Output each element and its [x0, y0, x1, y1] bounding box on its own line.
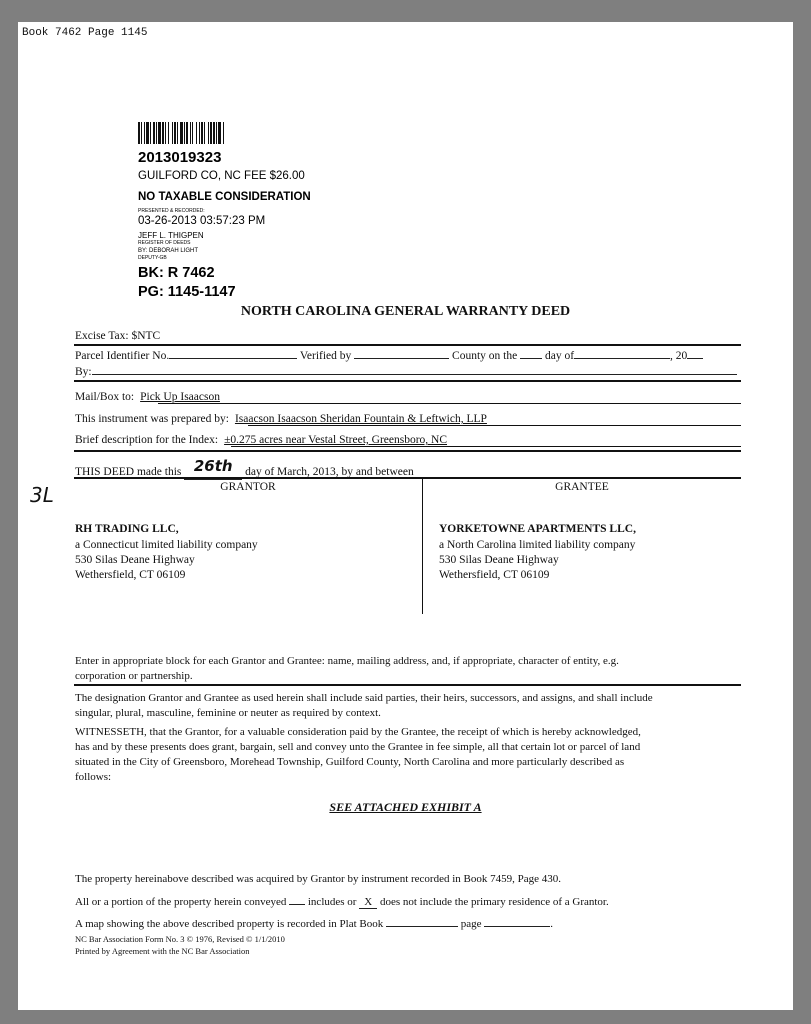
plat-book-field[interactable]: [386, 916, 458, 927]
page-range: PG: 1145-1147: [138, 284, 236, 300]
verified-label: Verified by: [300, 350, 351, 362]
margin-note: 3L: [30, 483, 54, 507]
deputy-by: BY: DEBORAH LIGHT: [138, 248, 198, 254]
deed-day-handwritten: 26th: [194, 457, 233, 475]
witnesseth-line1: WITNESSETH, that the Grantor, for a valu…: [75, 726, 641, 738]
residence-includes: includes or: [308, 896, 357, 908]
year-field[interactable]: [687, 348, 703, 359]
verified-field[interactable]: [354, 348, 449, 359]
mail-line: Mail/Box to:Pick Up Isaacson: [75, 391, 220, 403]
exhibit-reference: SEE ATTACHED EXHIBIT A: [18, 800, 793, 815]
instructions-line2: corporation or partnership.: [75, 670, 193, 682]
underline: [231, 446, 741, 447]
witnesseth-line3: situated in the City of Greensboro, More…: [75, 756, 624, 768]
year-prefix: , 20: [670, 350, 687, 362]
brief-label: Brief description for the Index:: [75, 434, 218, 446]
divider: [74, 477, 741, 479]
grantee-address1: 530 Silas Deane Highway: [439, 554, 559, 566]
instructions-line1: Enter in appropriate block for each Gran…: [75, 655, 619, 667]
grantor-entity: a Connecticut limited liability company: [75, 539, 258, 551]
grantee-heading: GRANTEE: [423, 481, 741, 493]
deputy-title: DEPUTY-GB: [138, 255, 167, 261]
county-label: County on the: [452, 350, 517, 362]
divider: [74, 344, 741, 346]
book-page-header: Book 7462 Page 1145: [22, 27, 147, 39]
column-divider: [422, 479, 423, 614]
divider: [74, 450, 741, 452]
book-number: BK: R 7462: [138, 265, 215, 281]
plat-page-label: page: [461, 918, 482, 930]
divider: [74, 684, 741, 686]
residence-prefix: All or a portion of the property herein …: [75, 896, 286, 908]
does-not-include-checkbox[interactable]: X: [359, 896, 377, 909]
grantor-address2: Wethersfield, CT 06109: [75, 569, 185, 581]
grantor-heading: GRANTOR: [74, 481, 422, 493]
parcel-label: Parcel Identifier No.: [75, 350, 169, 362]
register-title: REGISTER OF DEEDS: [138, 240, 191, 246]
excise-tax: Excise Tax: $NTC: [75, 330, 160, 342]
deed-title: NORTH CAROLINA GENERAL WARRANTY DEED: [18, 304, 793, 320]
by-line: By:: [75, 364, 737, 378]
residence-line: All or a portion of the property herein …: [75, 894, 609, 909]
day-of-label: day of: [545, 350, 574, 362]
prepared-line: This instrument was prepared by:Isaacson…: [75, 413, 487, 425]
consideration: NO TAXABLE CONSIDERATION: [138, 191, 311, 203]
witnesseth-line2: has and by these presents does grant, ba…: [75, 741, 640, 753]
instrument-number: 2013019323: [138, 149, 221, 166]
mail-value: Pick Up Isaacson: [134, 391, 220, 403]
underline: [158, 403, 741, 404]
fee-line: GUILFORD CO, NC FEE $26.00: [138, 170, 305, 182]
witnesseth-line4: follows:: [75, 771, 111, 783]
prepared-label: This instrument was prepared by:: [75, 413, 229, 425]
underline: [248, 425, 741, 426]
barcode: [138, 122, 270, 144]
by-field[interactable]: [92, 364, 737, 375]
brief-value: ±0.275 acres near Vestal Street, Greensb…: [218, 434, 447, 446]
plat-page-field[interactable]: [484, 916, 550, 927]
designation-line2: singular, plural, masculine, feminine or…: [75, 707, 381, 719]
parcel-field[interactable]: [169, 348, 297, 359]
month-field[interactable]: [574, 348, 670, 359]
recorded-datetime: 03-26-2013 03:57:23 PM: [138, 215, 265, 227]
by-label: By:: [75, 366, 92, 378]
brief-line: Brief description for the Index:±0.275 a…: [75, 434, 447, 446]
mail-label: Mail/Box to:: [75, 391, 134, 403]
grantee-address2: Wethersfield, CT 06109: [439, 569, 549, 581]
day-field[interactable]: [520, 348, 542, 359]
acquired-statement: The property hereinabove described was a…: [75, 873, 561, 885]
divider: [74, 380, 741, 382]
plat-end: .: [550, 918, 553, 930]
grantor-name: RH TRADING LLC,: [75, 523, 179, 535]
printed-notice: Printed by Agreement with the NC Bar Ass…: [75, 946, 249, 956]
grantee-entity: a North Carolina limited liability compa…: [439, 539, 635, 551]
plat-line: A map showing the above described proper…: [75, 916, 553, 930]
designation-line1: The designation Grantor and Grantee as u…: [75, 692, 653, 704]
grantor-address1: 530 Silas Deane Highway: [75, 554, 195, 566]
parcel-line: Parcel Identifier No. Verified by County…: [75, 348, 703, 362]
presented-label: PRESENTED & RECORDED:: [138, 208, 205, 214]
document-page: Book 7462 Page 1145 2013019323 GUILFORD …: [18, 22, 793, 1010]
includes-checkbox[interactable]: [289, 894, 305, 905]
prepared-value: Isaacson Isaacson Sheridan Fountain & Le…: [229, 413, 487, 425]
residence-suffix: does not include the primary residence o…: [380, 896, 609, 908]
form-notice: NC Bar Association Form No. 3 © 1976, Re…: [75, 934, 285, 944]
plat-prefix: A map showing the above described proper…: [75, 918, 383, 930]
register-name: JEFF L. THIGPEN: [138, 231, 204, 240]
grantee-name: YORKETOWNE APARTMENTS LLC,: [439, 523, 636, 535]
